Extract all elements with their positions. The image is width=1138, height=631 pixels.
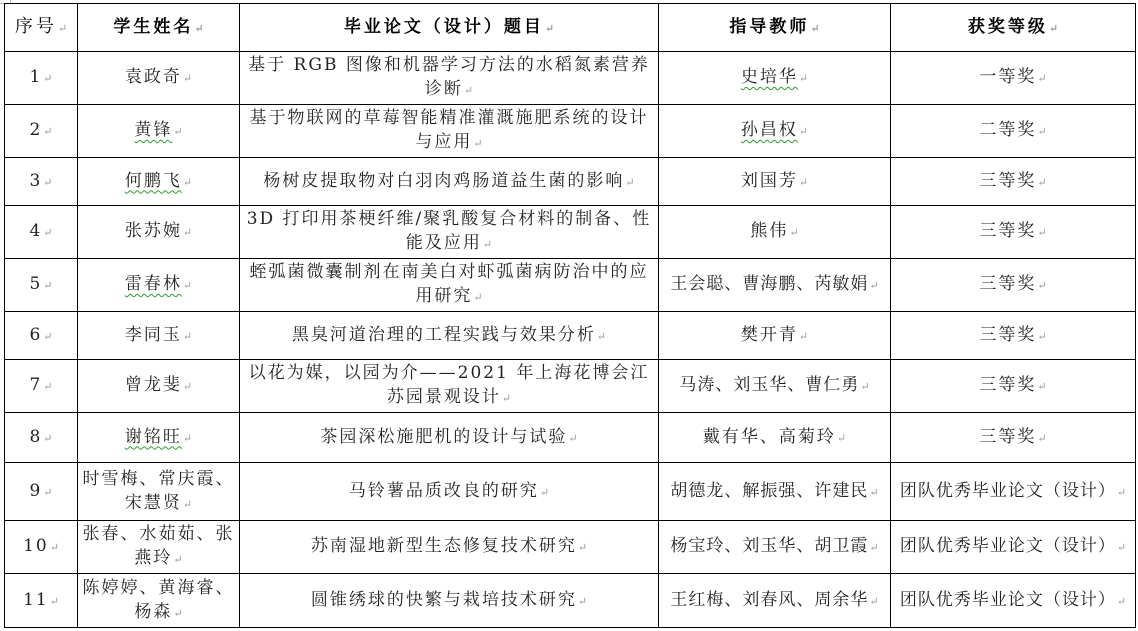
table-row: 3↵ 何鹏飞↵ 杨树皮提取物对白羽肉鸡肠道益生菌的影响↵ 刘国芳↵ 三等奖↵ <box>5 158 1136 206</box>
cell-title: 以花为媒，以园为介——2021 年上海花博会江苏园景观设计↵ <box>240 360 659 413</box>
cell-title: 马铃薯品质改良的研究↵ <box>240 463 659 521</box>
cell-seq: 4↵ <box>5 206 78 259</box>
cell-advisors: 刘国芳↵ <box>659 158 891 206</box>
cell-award: 二等奖↵ <box>891 105 1136 158</box>
table-row: 8↵ 谢铭旺↵ 茶园深松施肥机的设计与试验↵ 戴有华、高菊玲↵ 三等奖↵ <box>5 413 1136 463</box>
cell-seq: 5↵ <box>5 259 78 312</box>
cell-advisors: 胡德龙、解振强、许建民↵ <box>659 463 891 521</box>
cell-title: 蛭弧菌微囊制剂在南美白对虾弧菌病防治中的应用研究↵ <box>240 259 659 312</box>
cell-award: 团队优秀毕业论文（设计）↵ <box>891 521 1136 574</box>
cell-advisors: 马涛、刘玉华、曹仁勇↵ <box>659 360 891 413</box>
cell-title: 黑臭河道治理的工程实践与效果分析↵ <box>240 312 659 360</box>
cell-students: 何鹏飞↵ <box>78 158 240 206</box>
table-row: 1↵ 袁政奇↵ 基于 RGB 图像和机器学习方法的水稻氮素营养诊断↵ 史培华↵ … <box>5 52 1136 105</box>
cell-award: 三等奖↵ <box>891 259 1136 312</box>
cell-award: 三等奖↵ <box>891 158 1136 206</box>
cell-award: 三等奖↵ <box>891 360 1136 413</box>
cell-seq: 3↵ <box>5 158 78 206</box>
cell-students: 雷春林↵ <box>78 259 240 312</box>
header-title: 毕业论文（设计）题目↵ <box>240 4 659 52</box>
cell-seq: 1↵ <box>5 52 78 105</box>
cell-students: 黄锋↵ <box>78 105 240 158</box>
table-row: 9↵ 时雪梅、常庆霞、宋慧贤↵ 马铃薯品质改良的研究↵ 胡德龙、解振强、许建民↵… <box>5 463 1136 521</box>
cell-title: 杨树皮提取物对白羽肉鸡肠道益生菌的影响↵ <box>240 158 659 206</box>
header-award: 获奖等级↵ <box>891 4 1136 52</box>
cell-seq: 7↵ <box>5 360 78 413</box>
header-advisors: 指导教师↵ <box>659 4 891 52</box>
table-row: 5↵ 雷春林↵ 蛭弧菌微囊制剂在南美白对虾弧菌病防治中的应用研究↵ 王会聪、曹海… <box>5 259 1136 312</box>
cell-advisors: 杨宝玲、刘玉华、胡卫霞↵ <box>659 521 891 574</box>
cell-students: 袁政奇↵ <box>78 52 240 105</box>
cell-title: 3D 打印用茶梗纤维/聚乳酸复合材料的制备、性能及应用↵ <box>240 206 659 259</box>
cell-students: 张苏婉↵ <box>78 206 240 259</box>
cell-students: 陈婷婷、黄海睿、杨森↵ <box>78 574 240 628</box>
table-row: 7↵ 曾龙斐↵ 以花为媒，以园为介——2021 年上海花博会江苏园景观设计↵ 马… <box>5 360 1136 413</box>
cell-title: 基于物联网的草莓智能精准灌溉施肥系统的设计与应用↵ <box>240 105 659 158</box>
cell-award: 三等奖↵ <box>891 312 1136 360</box>
cell-award: 三等奖↵ <box>891 413 1136 463</box>
cell-award: 三等奖↵ <box>891 206 1136 259</box>
cell-seq: 6↵ <box>5 312 78 360</box>
cell-award: 团队优秀毕业论文（设计）↵ <box>891 463 1136 521</box>
cell-advisors: 熊伟↵ <box>659 206 891 259</box>
table-row: 4↵ 张苏婉↵ 3D 打印用茶梗纤维/聚乳酸复合材料的制备、性能及应用↵ 熊伟↵… <box>5 206 1136 259</box>
cell-title: 茶园深松施肥机的设计与试验↵ <box>240 413 659 463</box>
cell-seq: 9↵ <box>5 463 78 521</box>
cell-students: 张春、水茹茹、张燕玲↵ <box>78 521 240 574</box>
cell-students: 时雪梅、常庆霞、宋慧贤↵ <box>78 463 240 521</box>
cell-students: 曾龙斐↵ <box>78 360 240 413</box>
table-row: 6↵ 李同玉↵ 黑臭河道治理的工程实践与效果分析↵ 樊开青↵ 三等奖↵ <box>5 312 1136 360</box>
award-table: 序号↵ 学生姓名↵ 毕业论文（设计）题目↵ 指导教师↵ 获奖等级↵ 1↵ 袁政奇… <box>4 3 1136 628</box>
cell-advisors: 王红梅、刘春风、周余华↵ <box>659 574 891 628</box>
cell-title: 基于 RGB 图像和机器学习方法的水稻氮素营养诊断↵ <box>240 52 659 105</box>
cell-advisors: 樊开青↵ <box>659 312 891 360</box>
cell-advisors: 史培华↵ <box>659 52 891 105</box>
cell-students: 谢铭旺↵ <box>78 413 240 463</box>
cell-title: 苏南湿地新型生态修复技术研究↵ <box>240 521 659 574</box>
header-seq: 序号↵ <box>5 4 78 52</box>
cell-seq: 2↵ <box>5 105 78 158</box>
table-header-row: 序号↵ 学生姓名↵ 毕业论文（设计）题目↵ 指导教师↵ 获奖等级↵ <box>5 4 1136 52</box>
cell-title: 圆锥绣球的快繁与栽培技术研究↵ <box>240 574 659 628</box>
table-row: 11↵ 陈婷婷、黄海睿、杨森↵ 圆锥绣球的快繁与栽培技术研究↵ 王红梅、刘春风、… <box>5 574 1136 628</box>
cell-seq: 11↵ <box>5 574 78 628</box>
cell-advisors: 孙昌权↵ <box>659 105 891 158</box>
table-row: 10↵ 张春、水茹茹、张燕玲↵ 苏南湿地新型生态修复技术研究↵ 杨宝玲、刘玉华、… <box>5 521 1136 574</box>
header-students: 学生姓名↵ <box>78 4 240 52</box>
table-row: 2↵ 黄锋↵ 基于物联网的草莓智能精准灌溉施肥系统的设计与应用↵ 孙昌权↵ 二等… <box>5 105 1136 158</box>
cell-students: 李同玉↵ <box>78 312 240 360</box>
cell-advisors: 王会聪、曹海鹏、芮敏娟↵ <box>659 259 891 312</box>
cell-seq: 8↵ <box>5 413 78 463</box>
cell-award: 一等奖↵ <box>891 52 1136 105</box>
cell-award: 团队优秀毕业论文（设计）↵ <box>891 574 1136 628</box>
cell-advisors: 戴有华、高菊玲↵ <box>659 413 891 463</box>
cell-seq: 10↵ <box>5 521 78 574</box>
